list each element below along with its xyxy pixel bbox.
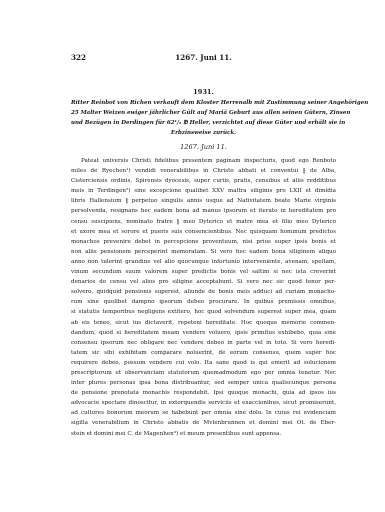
text-line: persolvenda, resignans hec eadem bona ad… (71, 206, 336, 216)
text-line: Cisterciensis ordinis, Spirensis dyocesi… (71, 176, 336, 186)
text-line: tatem sic sibi exhibitam comparare nolue… (71, 348, 336, 358)
document-page: 322 1267. Juni 11. 1931. Ritter Reinbot … (0, 0, 385, 512)
text-line: si statutis temporibus negligens extiter… (71, 307, 336, 317)
text-line: dandum, quod si hereditatem meam vendere… (71, 328, 336, 338)
regest-line: Erbzinsweise zurück. (71, 128, 336, 138)
text-line: non aliis pensionem perceperint memorata… (71, 247, 336, 257)
regest-line: Ritter Reinbot von Richen verkauft dem K… (71, 98, 336, 108)
text-line: consensu ipsorum nec obligare nec vender… (71, 338, 336, 348)
text-line: denarios de censu vel alios pro siligine… (71, 277, 336, 287)
text-line: sigilla venerabilium in Christo abbatis … (71, 418, 336, 428)
running-head: 322 1267. Juni 11. (71, 53, 336, 63)
text-line: inter plures personas ipsa bona distribu… (71, 378, 336, 388)
text-line: rum sine quolibet dampno ipsorum debeo p… (71, 297, 336, 307)
running-title: 1267. Juni 11. (71, 53, 336, 62)
text-line: miles de Ryechen¹) vendidi venerabilibus… (71, 166, 336, 176)
text-line: anno non tulerint grandine vel alio quoc… (71, 257, 336, 267)
text-line: advocacie spectare dinoscitur, in extorq… (71, 398, 336, 408)
text-line: prescriptorum et observanciam statutorum… (71, 368, 336, 378)
text-line: stein et domini mei C. de Magenhen³) et … (71, 429, 336, 439)
text-line: libris Hallensium ‖ perpetuo singulis an… (71, 196, 336, 206)
text-line: meis in Terdingen²) sine excepcione qual… (71, 186, 336, 196)
regest-line: und Bezügen in Derdingen für 62¹/₂ ℔ Hel… (71, 118, 336, 128)
text-line: Pateat universis Christi fidelibus prese… (71, 156, 336, 166)
text-line: ad cultores bonorum meorum se habebunt p… (71, 408, 336, 418)
text-line: vinum secundum suum valorem super predic… (71, 267, 336, 277)
regest-summary: Ritter Reinbot von Richen verkauft dem K… (71, 98, 336, 138)
text-line: et uxore mea et sorore et pueris suis co… (71, 227, 336, 237)
regest-line: 25 Malter Weizen ewiger jährlicher Gült … (71, 108, 336, 118)
text-line: monachos prevenire debet in percepcione … (71, 237, 336, 247)
text-line: de pensione prenotata monachis respondeb… (71, 388, 336, 398)
charter-date: 1267. Juni 11. (71, 143, 336, 151)
document-number: 1931. (71, 88, 336, 96)
text-line: requirere debeo, possum vendere cui volo… (71, 358, 336, 368)
text-line: censu suscipiens, nominato fratre ‖ meo … (71, 217, 336, 227)
text-line: ab eis teneo, sicut ius dictaverit, repe… (71, 318, 336, 328)
charter-text: Pateat universis Christi fidelibus prese… (71, 156, 336, 439)
text-line: solvero, quidquid pensionis superest, al… (71, 287, 336, 297)
